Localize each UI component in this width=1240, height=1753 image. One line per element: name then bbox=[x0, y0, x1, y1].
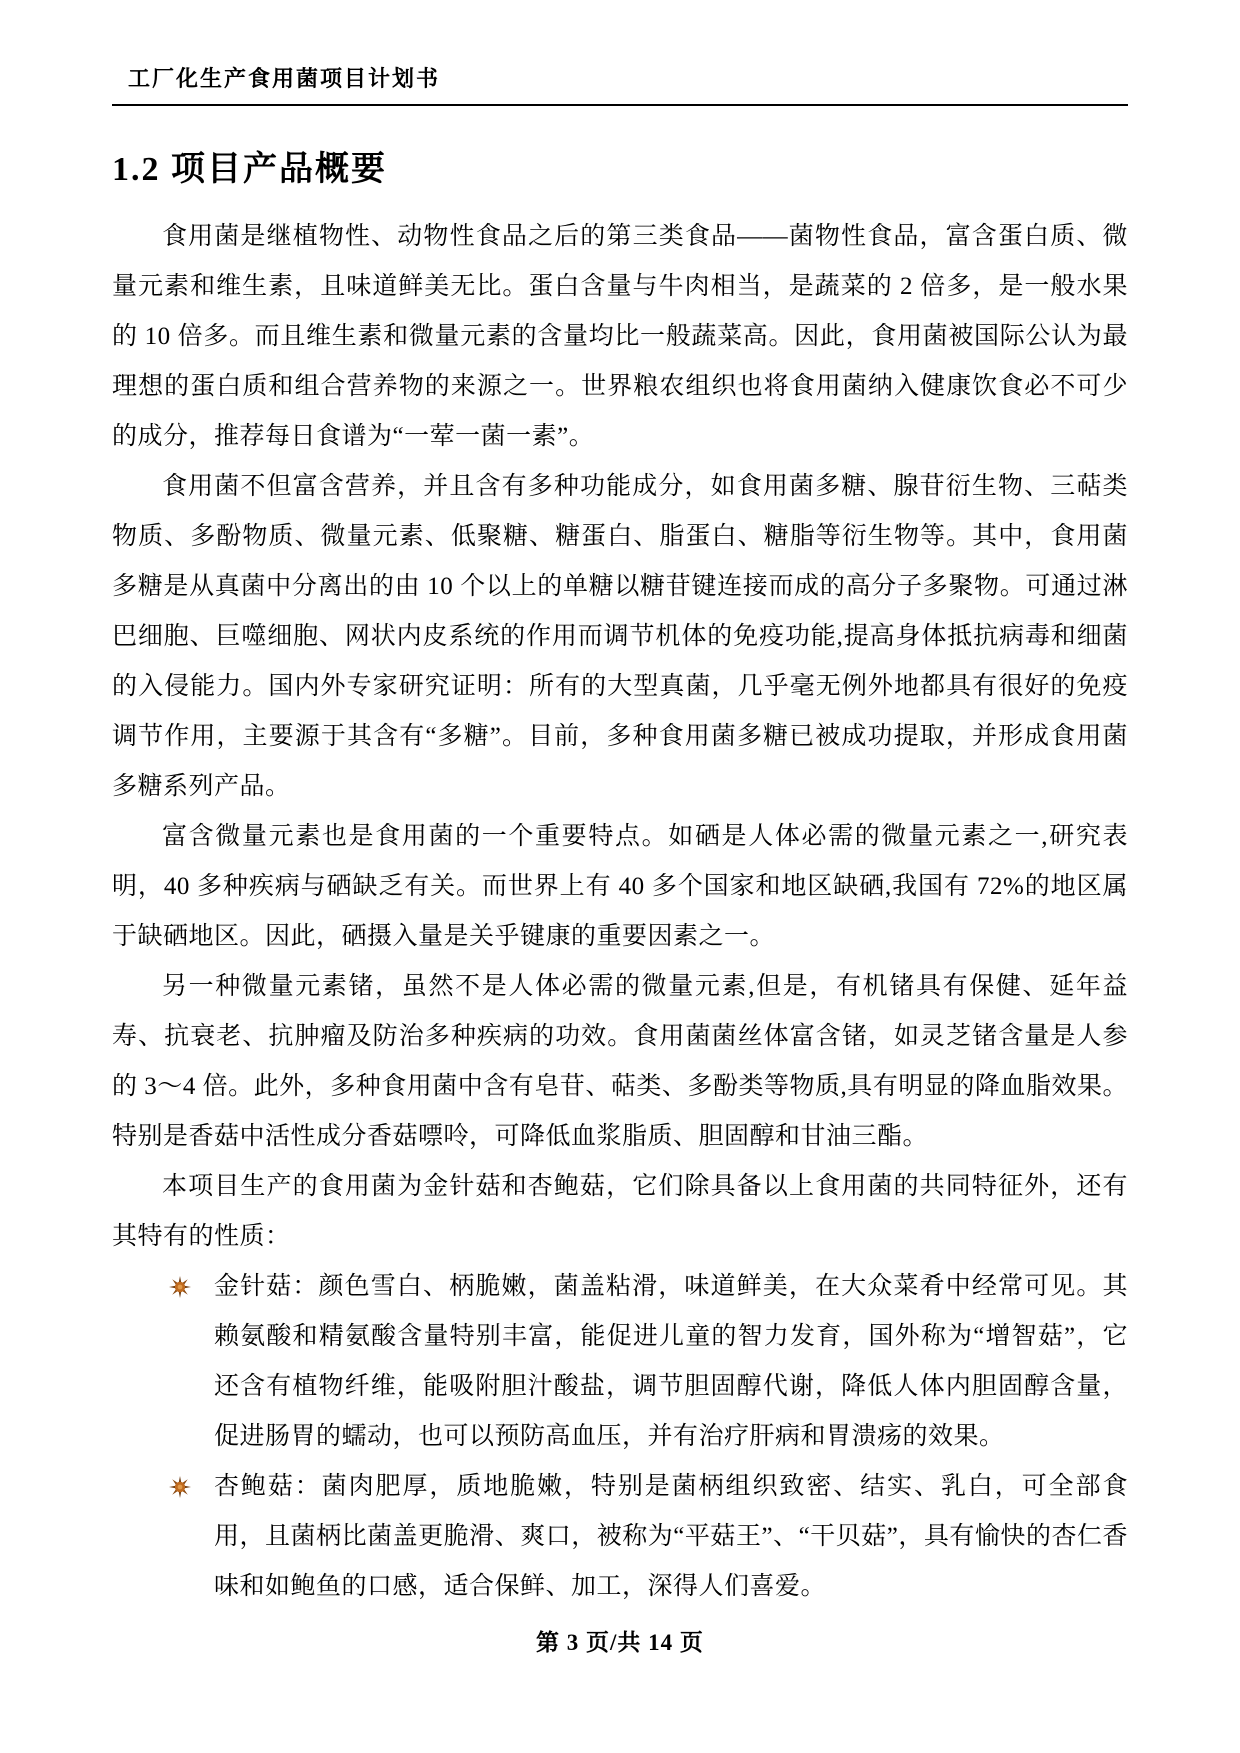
section-heading: 1.2 项目产品概要 bbox=[112, 150, 1128, 190]
star-burst-icon bbox=[168, 1262, 214, 1299]
paragraph-1: 食用菌是继植物性、动物性食品之后的第三类食品——菌物性食品，富含蛋白质、微量元素… bbox=[112, 212, 1128, 462]
list-item-xingbaogu: 杏鲍菇：菌肉肥厚，质地脆嫩，特别是菌柄组织致密、结实、乳白，可全部食用，且菌柄比… bbox=[168, 1462, 1128, 1612]
document-page: 工厂化生产食用菌项目计划书 1.2 项目产品概要 食用菌是继植物性、动物性食品之… bbox=[0, 0, 1240, 1753]
paragraph-5: 本项目生产的食用菌为金针菇和杏鲍菇，它们除具备以上食用菌的共同特征外，还有其特有… bbox=[112, 1162, 1128, 1262]
page-number-footer: 第 3 页/共 14 页 bbox=[0, 1624, 1240, 1657]
header-divider bbox=[112, 104, 1128, 106]
document-header-title: 工厂化生产食用菌项目计划书 bbox=[128, 62, 1128, 96]
paragraph-2: 食用菌不但富含营养，并且含有多种功能成分，如食用菌多糖、腺苷衍生物、三萜类物质、… bbox=[112, 462, 1128, 812]
bullet-list: 金针菇：颜色雪白、柄脆嫩，菌盖粘滑，味道鲜美，在大众菜肴中经常可见。其赖氨酸和精… bbox=[112, 1262, 1128, 1612]
paragraph-3: 富含微量元素也是食用菌的一个重要特点。如硒是人体必需的微量元素之一,研究表明，4… bbox=[112, 812, 1128, 962]
bullet-text-xingbaogu: 杏鲍菇：菌肉肥厚，质地脆嫩，特别是菌柄组织致密、结实、乳白，可全部食用，且菌柄比… bbox=[214, 1462, 1128, 1612]
list-item-jinzhengu: 金针菇：颜色雪白、柄脆嫩，菌盖粘滑，味道鲜美，在大众菜肴中经常可见。其赖氨酸和精… bbox=[168, 1262, 1128, 1462]
bullet-text-jinzhengu: 金针菇：颜色雪白、柄脆嫩，菌盖粘滑，味道鲜美，在大众菜肴中经常可见。其赖氨酸和精… bbox=[214, 1262, 1128, 1462]
star-burst-icon bbox=[168, 1462, 214, 1499]
paragraph-4: 另一种微量元素锗，虽然不是人体必需的微量元素,但是，有机锗具有保健、延年益寿、抗… bbox=[112, 962, 1128, 1162]
